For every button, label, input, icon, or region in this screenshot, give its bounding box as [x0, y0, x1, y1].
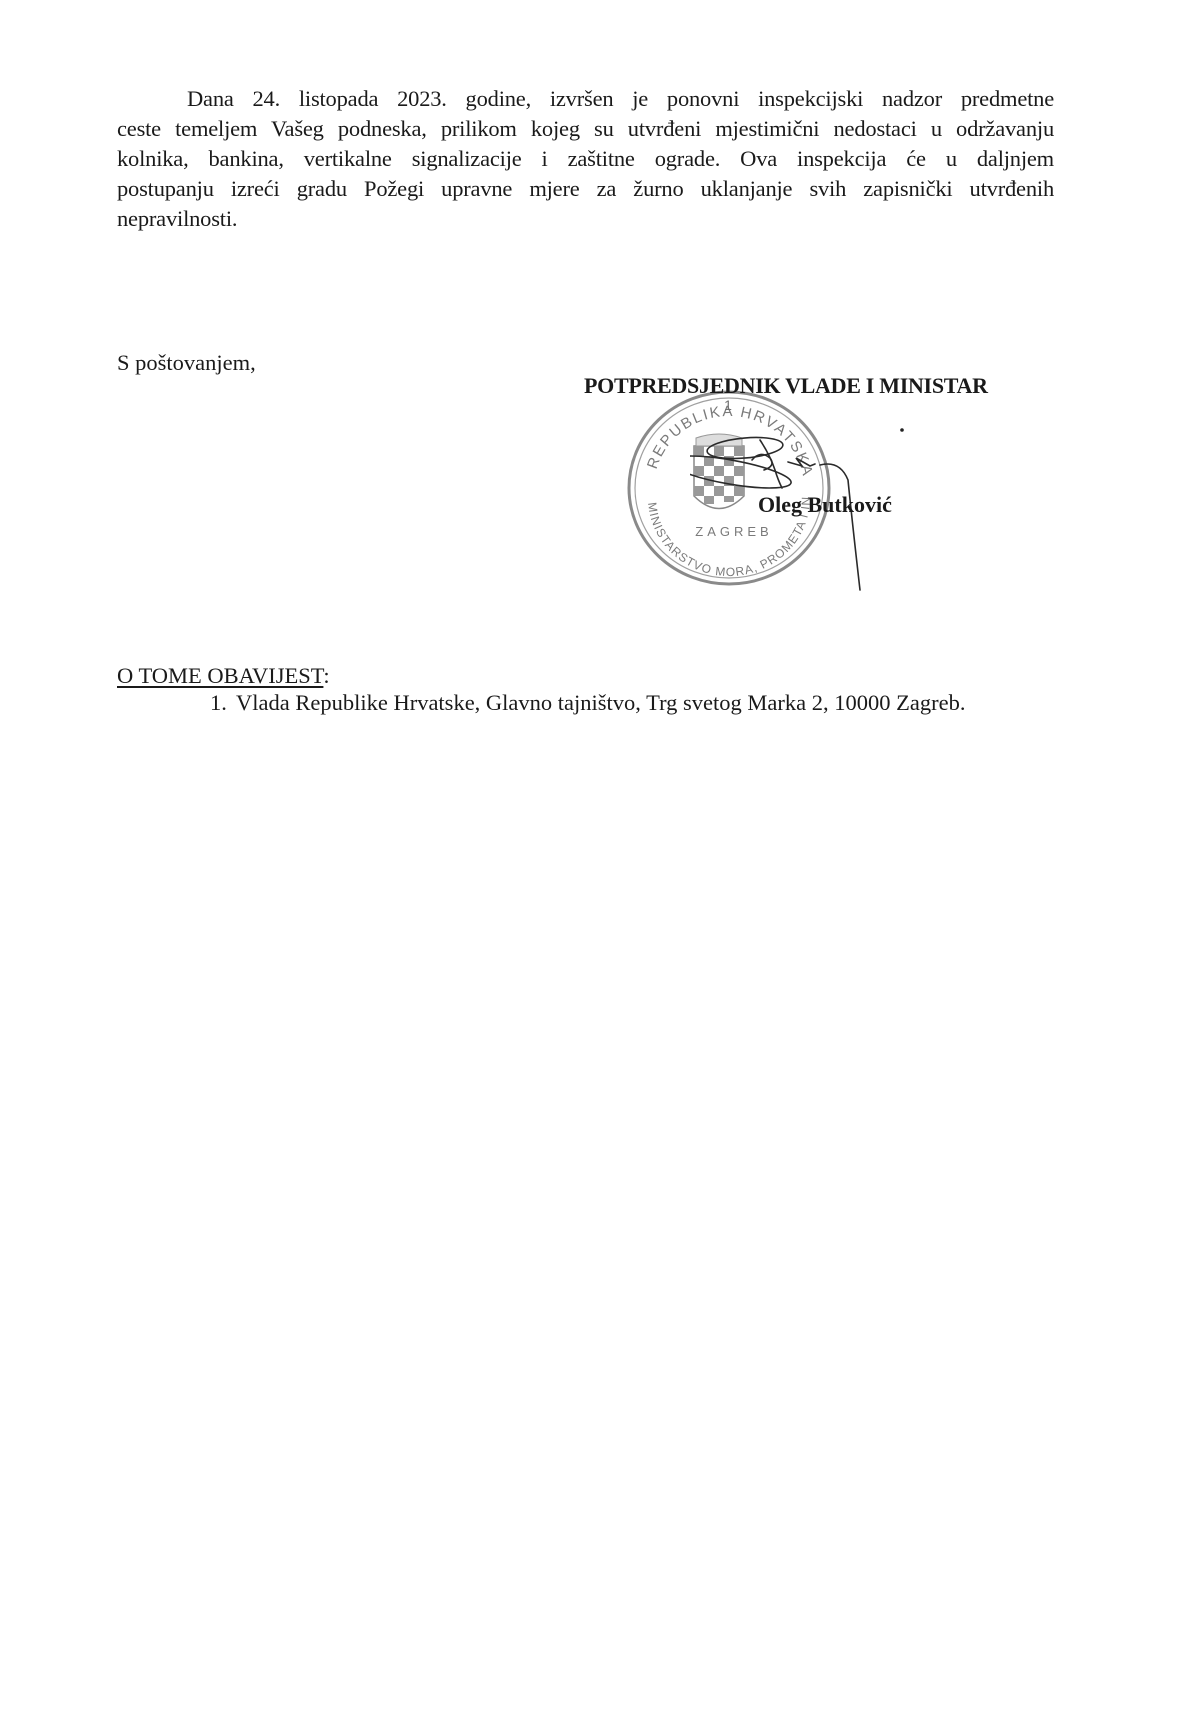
- notice-heading-text: O TOME OBAVIJEST: [117, 663, 323, 688]
- document-page: Dana 24. listopada 2023. godine, izvršen…: [0, 0, 1200, 1720]
- paragraph-line: ceste temeljem Vašeg podneska, prilikom …: [117, 114, 1054, 144]
- signatory-name: Oleg Butković: [758, 492, 892, 518]
- notice-heading: O TOME OBAVIJEST:: [117, 663, 330, 689]
- stamp-number: 1: [724, 397, 732, 413]
- recipient-number: 1.: [210, 690, 236, 716]
- signatory-title: POTPREDSJEDNIK VLADE I MINISTAR: [584, 373, 988, 399]
- recipient-item: 1. Vlada Republike Hrvatske, Glavno tajn…: [210, 690, 965, 716]
- body-paragraph: Dana 24. listopada 2023. godine, izvršen…: [117, 84, 1054, 234]
- closing-salutation: S poštovanjem,: [117, 350, 256, 376]
- paragraph-line: kolnika, bankina, vertikalne signalizaci…: [117, 144, 1054, 174]
- notice-heading-colon: :: [323, 663, 329, 688]
- paragraph-line: nepravilnosti.: [117, 204, 1054, 234]
- recipient-text: Vlada Republike Hrvatske, Glavno tajništ…: [236, 690, 965, 716]
- paragraph-line: Dana 24. listopada 2023. godine, izvršen…: [117, 84, 1054, 114]
- paragraph-line: postupanju izreći gradu Požegi upravne m…: [117, 174, 1054, 204]
- notice-recipient-list: 1. Vlada Republike Hrvatske, Glavno tajn…: [210, 690, 965, 716]
